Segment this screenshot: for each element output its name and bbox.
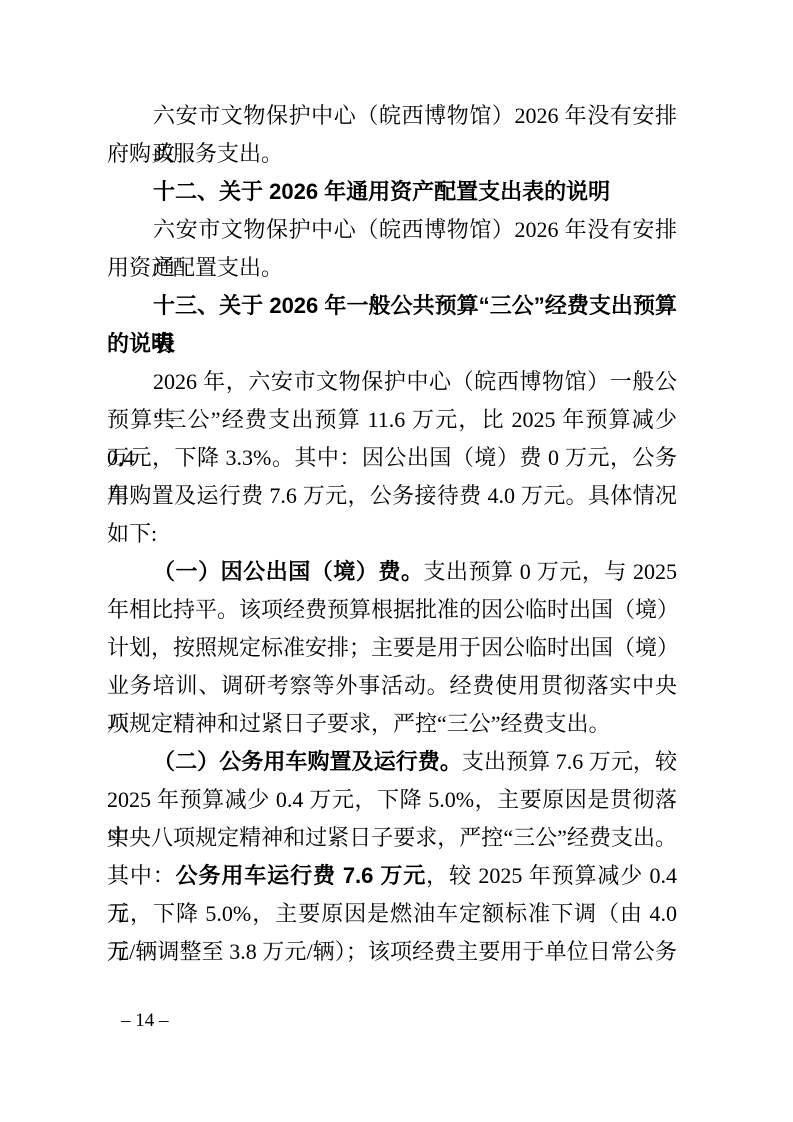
text-segment: 用资产配置支出。: [107, 255, 283, 280]
text-line: 计划，按照规定标准安排；主要是用于因公临时出国（境）: [107, 629, 677, 667]
text-line: 用资产配置支出。: [107, 249, 677, 287]
text-segment: 元/辆调整至 3.8 万元/辆）；该项经费主要用于单位日常公务: [107, 939, 677, 964]
text-line: 的说明: [107, 325, 677, 363]
section-heading: 十二、关于 2026 年通用资产配置支出表的说明: [107, 173, 677, 211]
bold-text-segment: （二）公务用车购置及运行费。: [153, 749, 462, 774]
body-paragraph: 2026 年，六安市文物保护中心（皖西博物馆）一般公共预算“三公”经费支出预算 …: [107, 363, 677, 553]
text-line: 中央八项规定精神和过紧日子要求，严控“三公”经费支出。: [107, 819, 677, 857]
body-paragraph: 六安市文物保护中心（皖西博物馆）2026 年没有安排通用资产配置支出。: [107, 211, 677, 287]
text-line: 2025 年预算减少 0.4 万元，下降 5.0%，主要原因是贯彻落实: [107, 781, 677, 819]
text-segment: 支出预算 0 万元，与 2025: [424, 559, 677, 584]
text-segment: 支出预算 7.6 万元，较: [462, 749, 677, 774]
text-segment: 府购买服务支出。: [107, 141, 283, 166]
text-line: （一）因公出国（境）费。支出预算 0 万元，与 2025: [107, 553, 677, 591]
text-line: 车购置及运行费 7.6 万元，公务接待费 4.0 万元。具体情况: [107, 477, 677, 515]
text-segment: 的说明: [107, 331, 173, 356]
text-segment: 如下:: [107, 521, 157, 546]
body-paragraph: （一）因公出国（境）费。支出预算 0 万元，与 2025年相比持平。该项经费预算…: [107, 553, 677, 743]
text-segment: 十二、关于 2026 年通用资产配置支出表的说明: [153, 179, 610, 204]
text-line: 十二、关于 2026 年通用资产配置支出表的说明: [107, 173, 677, 211]
page-footer: – 14 –: [121, 1008, 169, 1034]
text-line: 十三、关于 2026 年一般公共预算“三公”经费支出预算表: [107, 287, 677, 325]
text-line: 万元，下降 3.3%。其中：因公出国（境）费 0 万元，公务用: [107, 439, 677, 477]
text-line: 府购买服务支出。: [107, 135, 677, 173]
text-line: 预算“三公”经费支出预算 11.6 万元，比 2025 年预算减少 0.4: [107, 401, 677, 439]
text-segment: 车购置及运行费 7.6 万元，公务接待费 4.0 万元。具体情况: [107, 483, 677, 508]
document-page: 六安市文物保护中心（皖西博物馆）2026 年没有安排政府购买服务支出。十二、关于…: [0, 0, 793, 1122]
body-paragraph: 六安市文物保护中心（皖西博物馆）2026 年没有安排政府购买服务支出。: [107, 97, 677, 173]
section-heading: 十三、关于 2026 年一般公共预算“三公”经费支出预算表的说明: [107, 287, 677, 363]
text-line: 2026 年，六安市文物保护中心（皖西博物馆）一般公共: [107, 363, 677, 401]
text-segment: 中央八项规定精神和过紧日子要求，严控“三公”经费支出。: [107, 825, 677, 850]
text-line: （二）公务用车购置及运行费。支出预算 7.6 万元，较: [107, 743, 677, 781]
text-segment: 年相比持平。该项经费预算根据批准的因公临时出国（境）: [107, 597, 679, 622]
page-number: – 14 –: [121, 1010, 169, 1031]
text-line: 六安市文物保护中心（皖西博物馆）2026 年没有安排政: [107, 97, 677, 135]
text-segment: 项规定精神和过紧日子要求，严控“三公”经费支出。: [107, 711, 611, 736]
text-segment: 其中：: [107, 863, 176, 888]
text-line: 六安市文物保护中心（皖西博物馆）2026 年没有安排通: [107, 211, 677, 249]
bold-text-segment: （一）因公出国（境）费。: [153, 559, 424, 584]
text-line: 如下:: [107, 515, 677, 553]
bold-text-segment: 公务用车运行费 7.6 万元: [176, 863, 427, 888]
document-content: 六安市文物保护中心（皖西博物馆）2026 年没有安排政府购买服务支出。十二、关于…: [107, 97, 677, 971]
text-line: 元/辆调整至 3.8 万元/辆）；该项经费主要用于单位日常公务: [107, 933, 677, 971]
text-line: 业务培训、调研考察等外事活动。经费使用贯彻落实中央八: [107, 667, 677, 705]
text-segment: 计划，按照规定标准安排；主要是用于因公临时出国（境）: [107, 635, 679, 660]
text-line: 其中：公务用车运行费 7.6 万元，较 2025 年预算减少 0.4 万: [107, 857, 677, 895]
text-line: 年相比持平。该项经费预算根据批准的因公临时出国（境）: [107, 591, 677, 629]
text-line: 项规定精神和过紧日子要求，严控“三公”经费支出。: [107, 705, 677, 743]
body-paragraph: （二）公务用车购置及运行费。支出预算 7.6 万元，较2025 年预算减少 0.…: [107, 743, 677, 971]
text-line: 元，下降 5.0%，主要原因是燃油车定额标准下调（由 4.0 万: [107, 895, 677, 933]
